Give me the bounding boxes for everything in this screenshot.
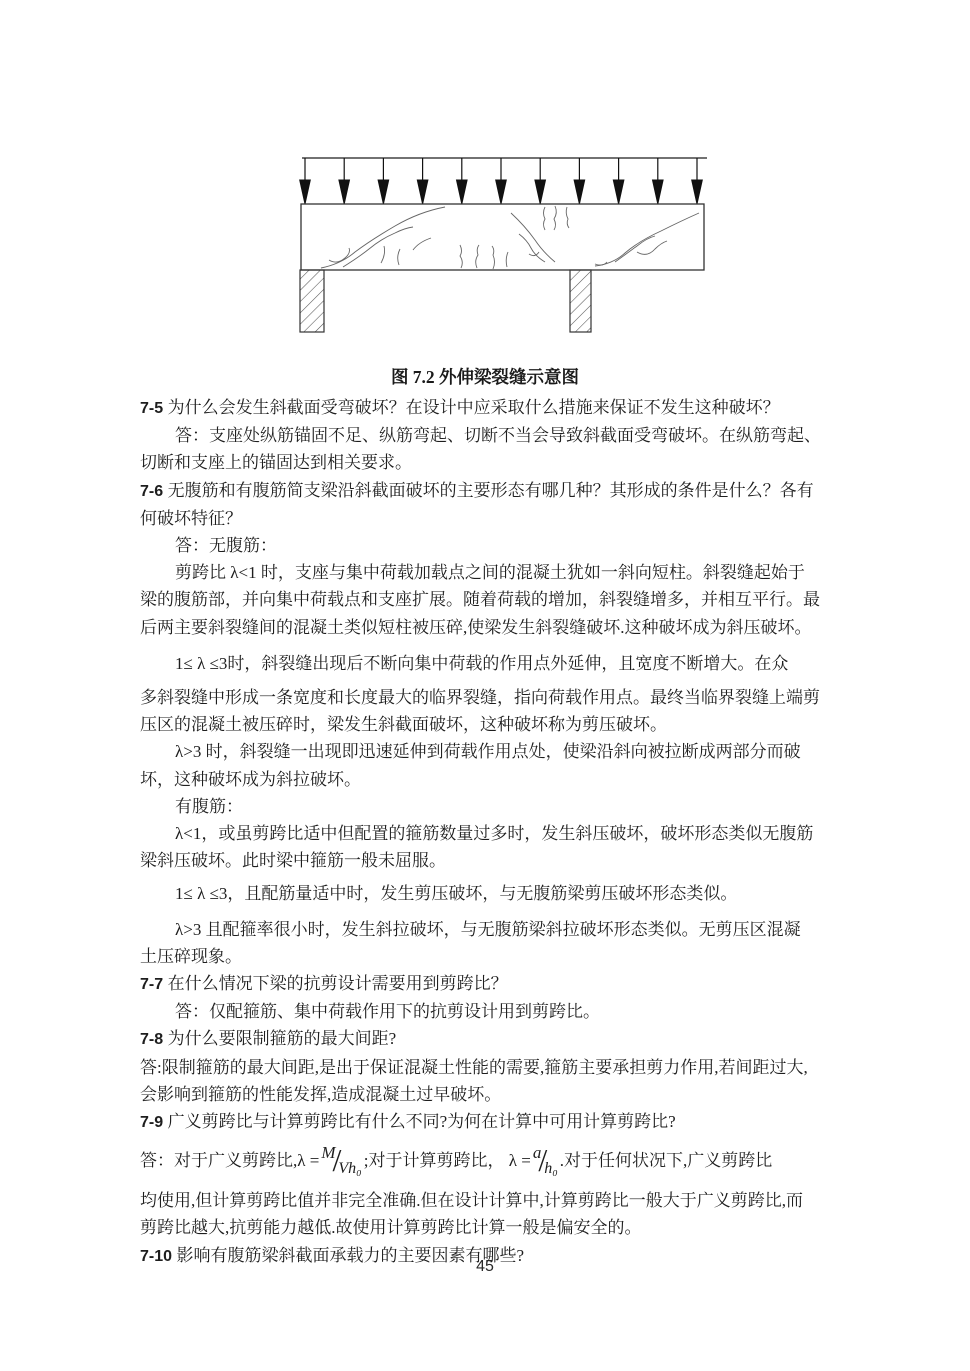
text-line: 多斜裂缝中形成一条宽度和长度最大的临界裂缝，指向荷载作用点。最终当临界裂缝上端剪	[140, 684, 836, 711]
text-line: 答:限制箍筋的最大间距,是出于保证混凝土性能的需要,箍筋主要承担剪力作用,若间距…	[140, 1054, 836, 1081]
question-line: 7-9 广义剪跨比与计算剪跨比有什么不同?为何在计算中可用计算剪跨比?	[140, 1108, 836, 1136]
text-line: 何破坏特征？	[140, 505, 836, 532]
text-line: 切断和支座上的锚固达到相关要求。	[140, 449, 836, 476]
text-line: 1≤ λ ≤3时，斜裂缝出现后不断向集中荷载的作用点外延伸，且宽度不断增大。在众	[140, 650, 836, 677]
load-arrows	[300, 158, 703, 204]
left-support	[300, 270, 324, 332]
text-line: λ>3 时，斜裂缝一出现即迅速延伸到荷载作用点处，使梁沿斜向被拉断成两部分而破	[140, 738, 836, 765]
text-line: 梁斜压破坏。此时梁中箍筋一般未屈服。	[140, 847, 836, 874]
text-line: 坏，这种破坏成为斜拉破坏。	[140, 766, 836, 793]
text-line: 有腹筋：	[140, 793, 836, 820]
question-line: 7-5 为什么会发生斜截面受弯破坏？在设计中应采取什么措施来保证不发生这种破坏？	[140, 394, 836, 422]
text-line: 梁的腹筋部，并向集中荷载点和支座扩展。随着荷载的增加，斜裂缝增多，并相互平行。最	[140, 586, 836, 613]
text-line: 答：无腹筋：	[140, 532, 836, 559]
text-line: 压区的混凝土被压碎时，梁发生斜截面破坏，这种破坏称为剪压破坏。	[140, 711, 836, 738]
beam-crack-figure	[293, 150, 713, 338]
question-number: 7-9	[140, 1114, 168, 1131]
figure-image	[293, 150, 713, 338]
text-line: λ>3 且配箍率很小时，发生斜拉破坏，与无腹筋梁斜拉破坏形态类似。无剪压区混凝	[140, 916, 836, 943]
question-number: 7-7	[140, 976, 168, 993]
document-page: 图 7.2 外伸梁裂缝示意图 7-5 为什么会发生斜截面受弯破坏？在设计中应采取…	[0, 0, 970, 1371]
question-line: 7-6 无腹筋和有腹筋简支梁沿斜截面破坏的主要形态有哪几种？其形成的条件是什么？…	[140, 477, 836, 505]
beam-outline	[301, 204, 704, 270]
text-line: 后两主要斜裂缝间的混凝土类似短柱被压碎,使梁发生斜裂缝破坏.这种破坏成为斜压破坏…	[140, 614, 836, 641]
formula-line: 答：对于广义剪跨比,λ = M/Vh₀ ;对于计算剪跨比， λ = a/h₀ .…	[140, 1136, 836, 1184]
question-line: 7-8 为什么要限制箍筋的最大间距?	[140, 1025, 836, 1053]
text-line: 会影响到箍筋的性能发挥,造成混凝土过早破坏。	[140, 1081, 836, 1108]
question-number: 7-6	[140, 483, 168, 500]
text-line: 答：支座处纵筋锚固不足、纵筋弯起、切断不当会导致斜截面受弯破坏。在纵筋弯起、	[140, 422, 836, 449]
figure-caption: 图 7.2 外伸梁裂缝示意图	[0, 364, 970, 389]
text-line: λ<1，或虽剪跨比适中但配置的箍筋数量过多时，发生斜压破坏，破坏形态类似无腹筋	[140, 820, 836, 847]
right-support	[570, 270, 591, 332]
question-line: 7-7 在什么情况下梁的抗剪设计需要用到剪跨比？	[140, 970, 836, 998]
text-line: 均使用,但计算剪跨比值并非完全准确.但在设计计算中,计算剪跨比一般大于广义剪跨比…	[140, 1187, 836, 1214]
text-line: 剪跨比越大,抗剪能力越低.故使用计算剪跨比计算一般是偏安全的。	[140, 1214, 836, 1241]
text-line: 土压碎现象。	[140, 943, 836, 970]
text-line: 剪跨比 λ<1 时，支座与集中荷载加载点之间的混凝土犹如一斜向短柱。斜裂缝起始于	[140, 559, 836, 586]
fraction: a/h₀	[533, 1147, 558, 1174]
page-number: 45	[0, 1258, 970, 1276]
text-line: 答：仅配箍筋、集中荷载作用下的抗剪设计用到剪跨比。	[140, 998, 836, 1025]
text-line: 1≤ λ ≤3，且配筋量适中时，发生剪压破坏，与无腹筋梁剪压破坏形态类似。	[140, 880, 836, 907]
fraction: M/Vh₀	[321, 1147, 361, 1174]
question-number: 7-5	[140, 400, 168, 417]
qa-text-block: 7-5 为什么会发生斜截面受弯破坏？在设计中应采取什么措施来保证不发生这种破坏？…	[140, 394, 836, 1270]
question-number: 7-8	[140, 1031, 168, 1048]
